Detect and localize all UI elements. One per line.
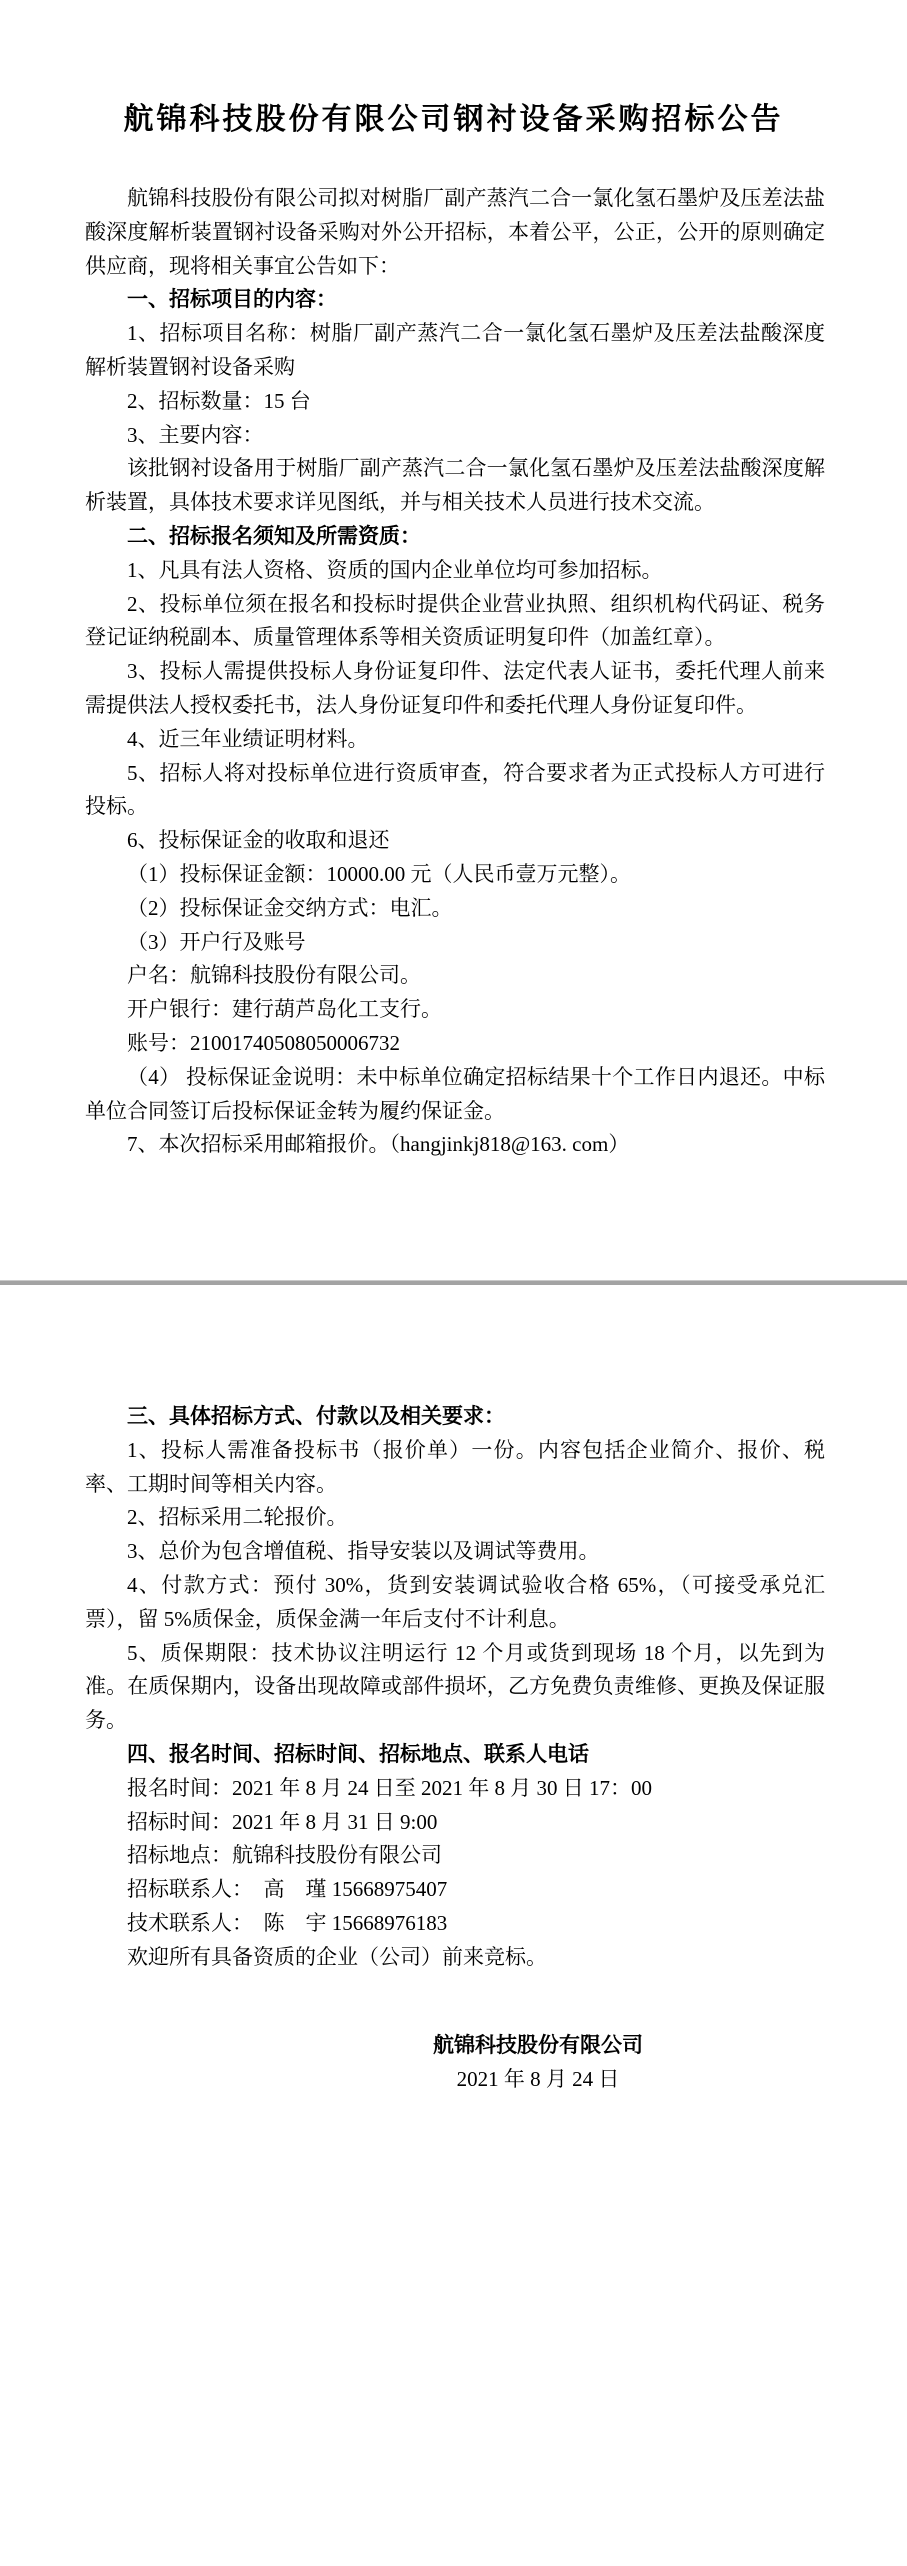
paragraph: 7、本次招标采用邮箱报价。（hangjinkj818@163. com） [85, 1128, 825, 1162]
paragraph: （1）投标保证金额：10000.00 元（人民币壹万元整）。 [85, 858, 825, 892]
paragraph: 5、招标人将对投标单位进行资质审查，符合要求者为正式投标人方可进行投标。 [85, 757, 825, 825]
paragraph: 招标时间：2021 年 8 月 31 日 9:00 [85, 1806, 825, 1840]
paragraph: 户名：航锦科技股份有限公司。 [85, 959, 825, 993]
paragraph: （4） 投标保证金说明：未中标单位确定招标结果十个工作日内退还。中标单位合同签订… [85, 1061, 825, 1129]
signature-date: 2021 年 8 月 24 日 [428, 2062, 648, 2096]
signature-block: 航锦科技股份有限公司 2021 年 8 月 24 日 [428, 2028, 648, 2096]
page1-content: 航锦科技股份有限公司拟对树脂厂副产蒸汽二合一氯化氢石墨炉及压差法盐酸深度解析装置… [85, 182, 825, 1162]
paragraph: 3、投标人需提供投标人身份证复印件、法定代表人证书，委托代理人前来需提供法人授权… [85, 655, 825, 723]
paragraph: 4、近三年业绩证明材料。 [85, 723, 825, 757]
paragraph: 开户银行：建行葫芦岛化工支行。 [85, 993, 825, 1027]
paragraph: 技术联系人： 陈 宇 15668976183 [85, 1907, 825, 1941]
paragraph: 1、招标项目名称：树脂厂副产蒸汽二合一氯化氢石墨炉及压差法盐酸深度解析装置钢衬设… [85, 317, 825, 385]
paragraph: 招标地点：航锦科技股份有限公司 [85, 1839, 825, 1873]
paragraph: 2、招标数量：15 台 [85, 385, 825, 419]
signature-company: 航锦科技股份有限公司 [428, 2028, 648, 2062]
section-heading: 三、具体招标方式、付款以及相关要求： [85, 1400, 825, 1434]
paragraph: 该批钢衬设备用于树脂厂副产蒸汽二合一氯化氢石墨炉及压差法盐酸深度解析装置，具体技… [85, 452, 825, 520]
paragraph: 5、质保期限：技术协议注明运行 12 个月或货到现场 18 个月，以先到为准。在… [85, 1637, 825, 1738]
paragraph: 6、投标保证金的收取和退还 [85, 824, 825, 858]
document-page-1: 航锦科技股份有限公司钢衬设备采购招标公告 航锦科技股份有限公司拟对树脂厂副产蒸汽… [0, 0, 907, 1280]
section-heading: 一、招标项目的内容： [85, 283, 825, 317]
section-heading: 二、招标报名须知及所需资质： [85, 520, 825, 554]
paragraph: 1、投标人需准备投标书（报价单）一份。内容包括企业简介、报价、税率、工期时间等相… [85, 1434, 825, 1502]
page2-content: 三、具体招标方式、付款以及相关要求：1、投标人需准备投标书（报价单）一份。内容包… [85, 1400, 825, 1975]
paragraph: 报名时间：2021 年 8 月 24 日至 2021 年 8 月 30 日 17… [85, 1772, 825, 1806]
section-heading: 四、报名时间、招标时间、招标地点、联系人电话 [85, 1738, 825, 1772]
paragraph: 欢迎所有具备资质的企业（公司）前来竞标。 [85, 1941, 825, 1975]
document-title: 航锦科技股份有限公司钢衬设备采购招标公告 [0, 100, 907, 140]
paragraph: 航锦科技股份有限公司拟对树脂厂副产蒸汽二合一氯化氢石墨炉及压差法盐酸深度解析装置… [85, 182, 825, 283]
paragraph: 招标联系人： 高 瑾 15668975407 [85, 1873, 825, 1907]
paragraph: 3、主要内容： [85, 419, 825, 453]
paragraph: 3、总价为包含增值税、指导安装以及调试等费用。 [85, 1535, 825, 1569]
paragraph: 1、凡具有法人资格、资质的国内企业单位均可参加招标。 [85, 554, 825, 588]
paragraph: 4、付款方式：预付 30%，货到安装调试验收合格 65%，（可接受承兑汇票），留… [85, 1569, 825, 1637]
paragraph: 2、投标单位须在报名和投标时提供企业营业执照、组织机构代码证、税务登记证纳税副本… [85, 588, 825, 656]
paragraph: 2、招标采用二轮报价。 [85, 1501, 825, 1535]
document-page-2: 三、具体招标方式、付款以及相关要求：1、投标人需准备投标书（报价单）一份。内容包… [0, 1285, 907, 2566]
paragraph: 账号：21001740508050006732 [85, 1027, 825, 1061]
tender-announcement-document: { "colors": { "text": "#000000", "page_b… [0, 0, 907, 2566]
paragraph: （3）开户行及账号 [85, 926, 825, 960]
paragraph: （2）投标保证金交纳方式：电汇。 [85, 892, 825, 926]
